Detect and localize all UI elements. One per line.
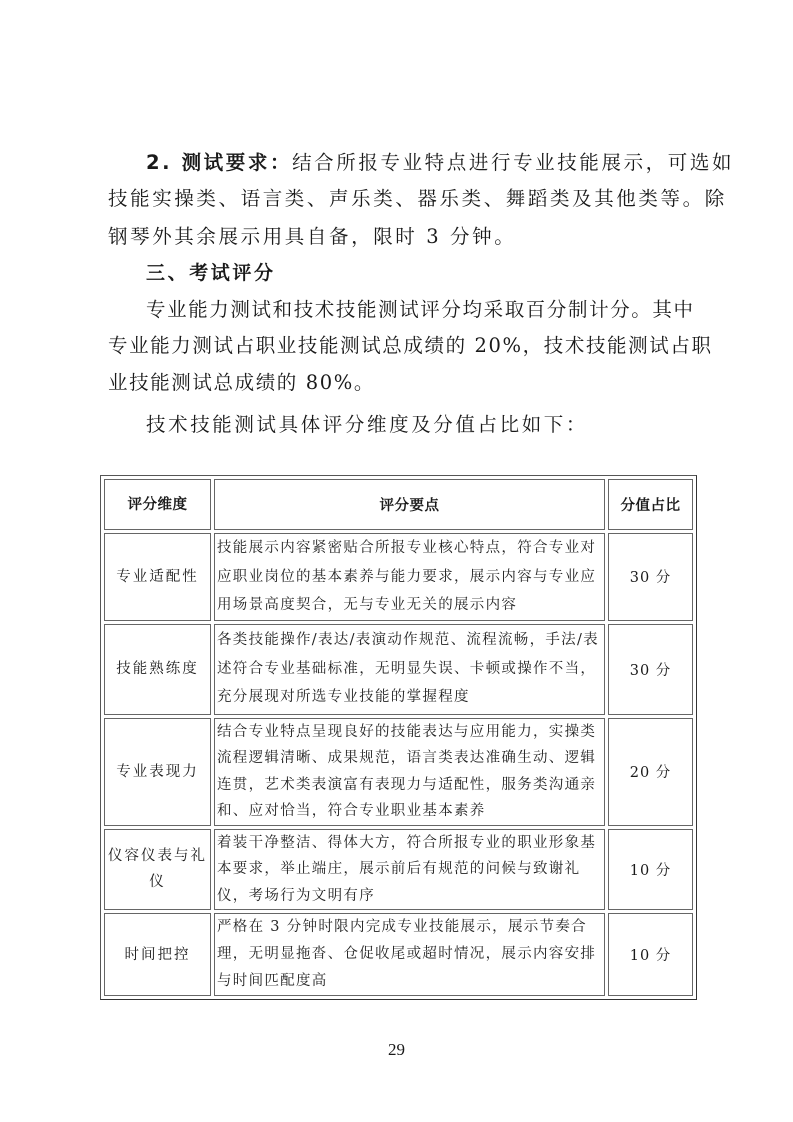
section-2-line-2: 技能实操类、语言类、声乐类、器乐类、舞蹈类及其他类等。除 xyxy=(108,187,698,211)
table-row: 技能熟练度 各类技能操作/表达/表演动作规范、流程流畅，手法/表述符合专业基础标… xyxy=(104,624,693,715)
row-dimension: 专业表现力 xyxy=(104,718,211,826)
header-points: 评分要点 xyxy=(214,479,605,530)
row-dimension: 仪容仪表与礼仪 xyxy=(104,829,211,911)
section-3-para1-line-1: 专业能力测试和技术技能测试评分均采取百分制计分。其中 xyxy=(146,298,736,322)
section-3-para1-line-3: 业技能测试总成绩的 80%。 xyxy=(108,371,698,395)
row-points: 各类技能操作/表达/表演动作规范、流程流畅，手法/表述符合专业基础标准，无明显失… xyxy=(214,624,605,715)
row-value: 10 分 xyxy=(608,829,693,911)
row-dimension: 专业适配性 xyxy=(104,533,211,621)
section-2-label: 2. 测试要求： xyxy=(146,151,292,174)
row-points: 严格在 3 分钟时限内完成专业技能展示，展示节奏合理，无明显拖沓、仓促收尾或超时… xyxy=(214,913,605,996)
page-number: 29 xyxy=(0,1040,793,1060)
header-value: 分值占比 xyxy=(608,479,693,530)
scoring-table: 评分维度 评分要点 分值占比 专业适配性 技能展示内容紧密贴合所报专业核心特点，… xyxy=(100,475,697,1000)
row-points: 结合专业特点呈现良好的技能表达与应用能力，实操类流程逻辑清晰、成果规范，语言类表… xyxy=(214,718,605,826)
section-3-heading: 三、考试评分 xyxy=(146,261,736,285)
row-dimension: 时间把控 xyxy=(104,913,211,996)
table-row: 专业表现力 结合专业特点呈现良好的技能表达与应用能力，实操类流程逻辑清晰、成果规… xyxy=(104,718,693,826)
table-row: 专业适配性 技能展示内容紧密贴合所报专业核心特点，符合专业对应职业岗位的基本素养… xyxy=(104,533,693,621)
row-value: 30 分 xyxy=(608,624,693,715)
row-value: 30 分 xyxy=(608,533,693,621)
row-value: 10 分 xyxy=(608,913,693,996)
section-2-line-1: 2. 测试要求：结合所报专业特点进行专业技能展示，可选如 xyxy=(146,151,736,175)
section-3-para2: 技术技能测试具体评分维度及分值占比如下： xyxy=(146,413,736,437)
section-2-text-1: 结合所报专业特点进行专业技能展示，可选如 xyxy=(292,151,734,174)
section-3-para1-line-2: 专业能力测试占职业技能测试总成绩的 20%，技术技能测试占职 xyxy=(108,334,698,358)
row-dimension: 技能熟练度 xyxy=(104,624,211,715)
header-dimension: 评分维度 xyxy=(104,479,211,530)
row-value: 20 分 xyxy=(608,718,693,826)
row-points: 技能展示内容紧密贴合所报专业核心特点，符合专业对应职业岗位的基本素养与能力要求，… xyxy=(214,533,605,621)
row-points: 着装干净整洁、得体大方，符合所报专业的职业形象基本要求，举止端庄，展示前后有规范… xyxy=(214,829,605,911)
table-row: 时间把控 严格在 3 分钟时限内完成专业技能展示，展示节奏合理，无明显拖沓、仓促… xyxy=(104,913,693,996)
section-2-line-3: 钢琴外其余展示用具自备，限时 3 分钟。 xyxy=(108,225,698,249)
table-row: 仪容仪表与礼仪 着装干净整洁、得体大方，符合所报专业的职业形象基本要求，举止端庄… xyxy=(104,829,693,911)
table-header-row: 评分维度 评分要点 分值占比 xyxy=(104,479,693,530)
